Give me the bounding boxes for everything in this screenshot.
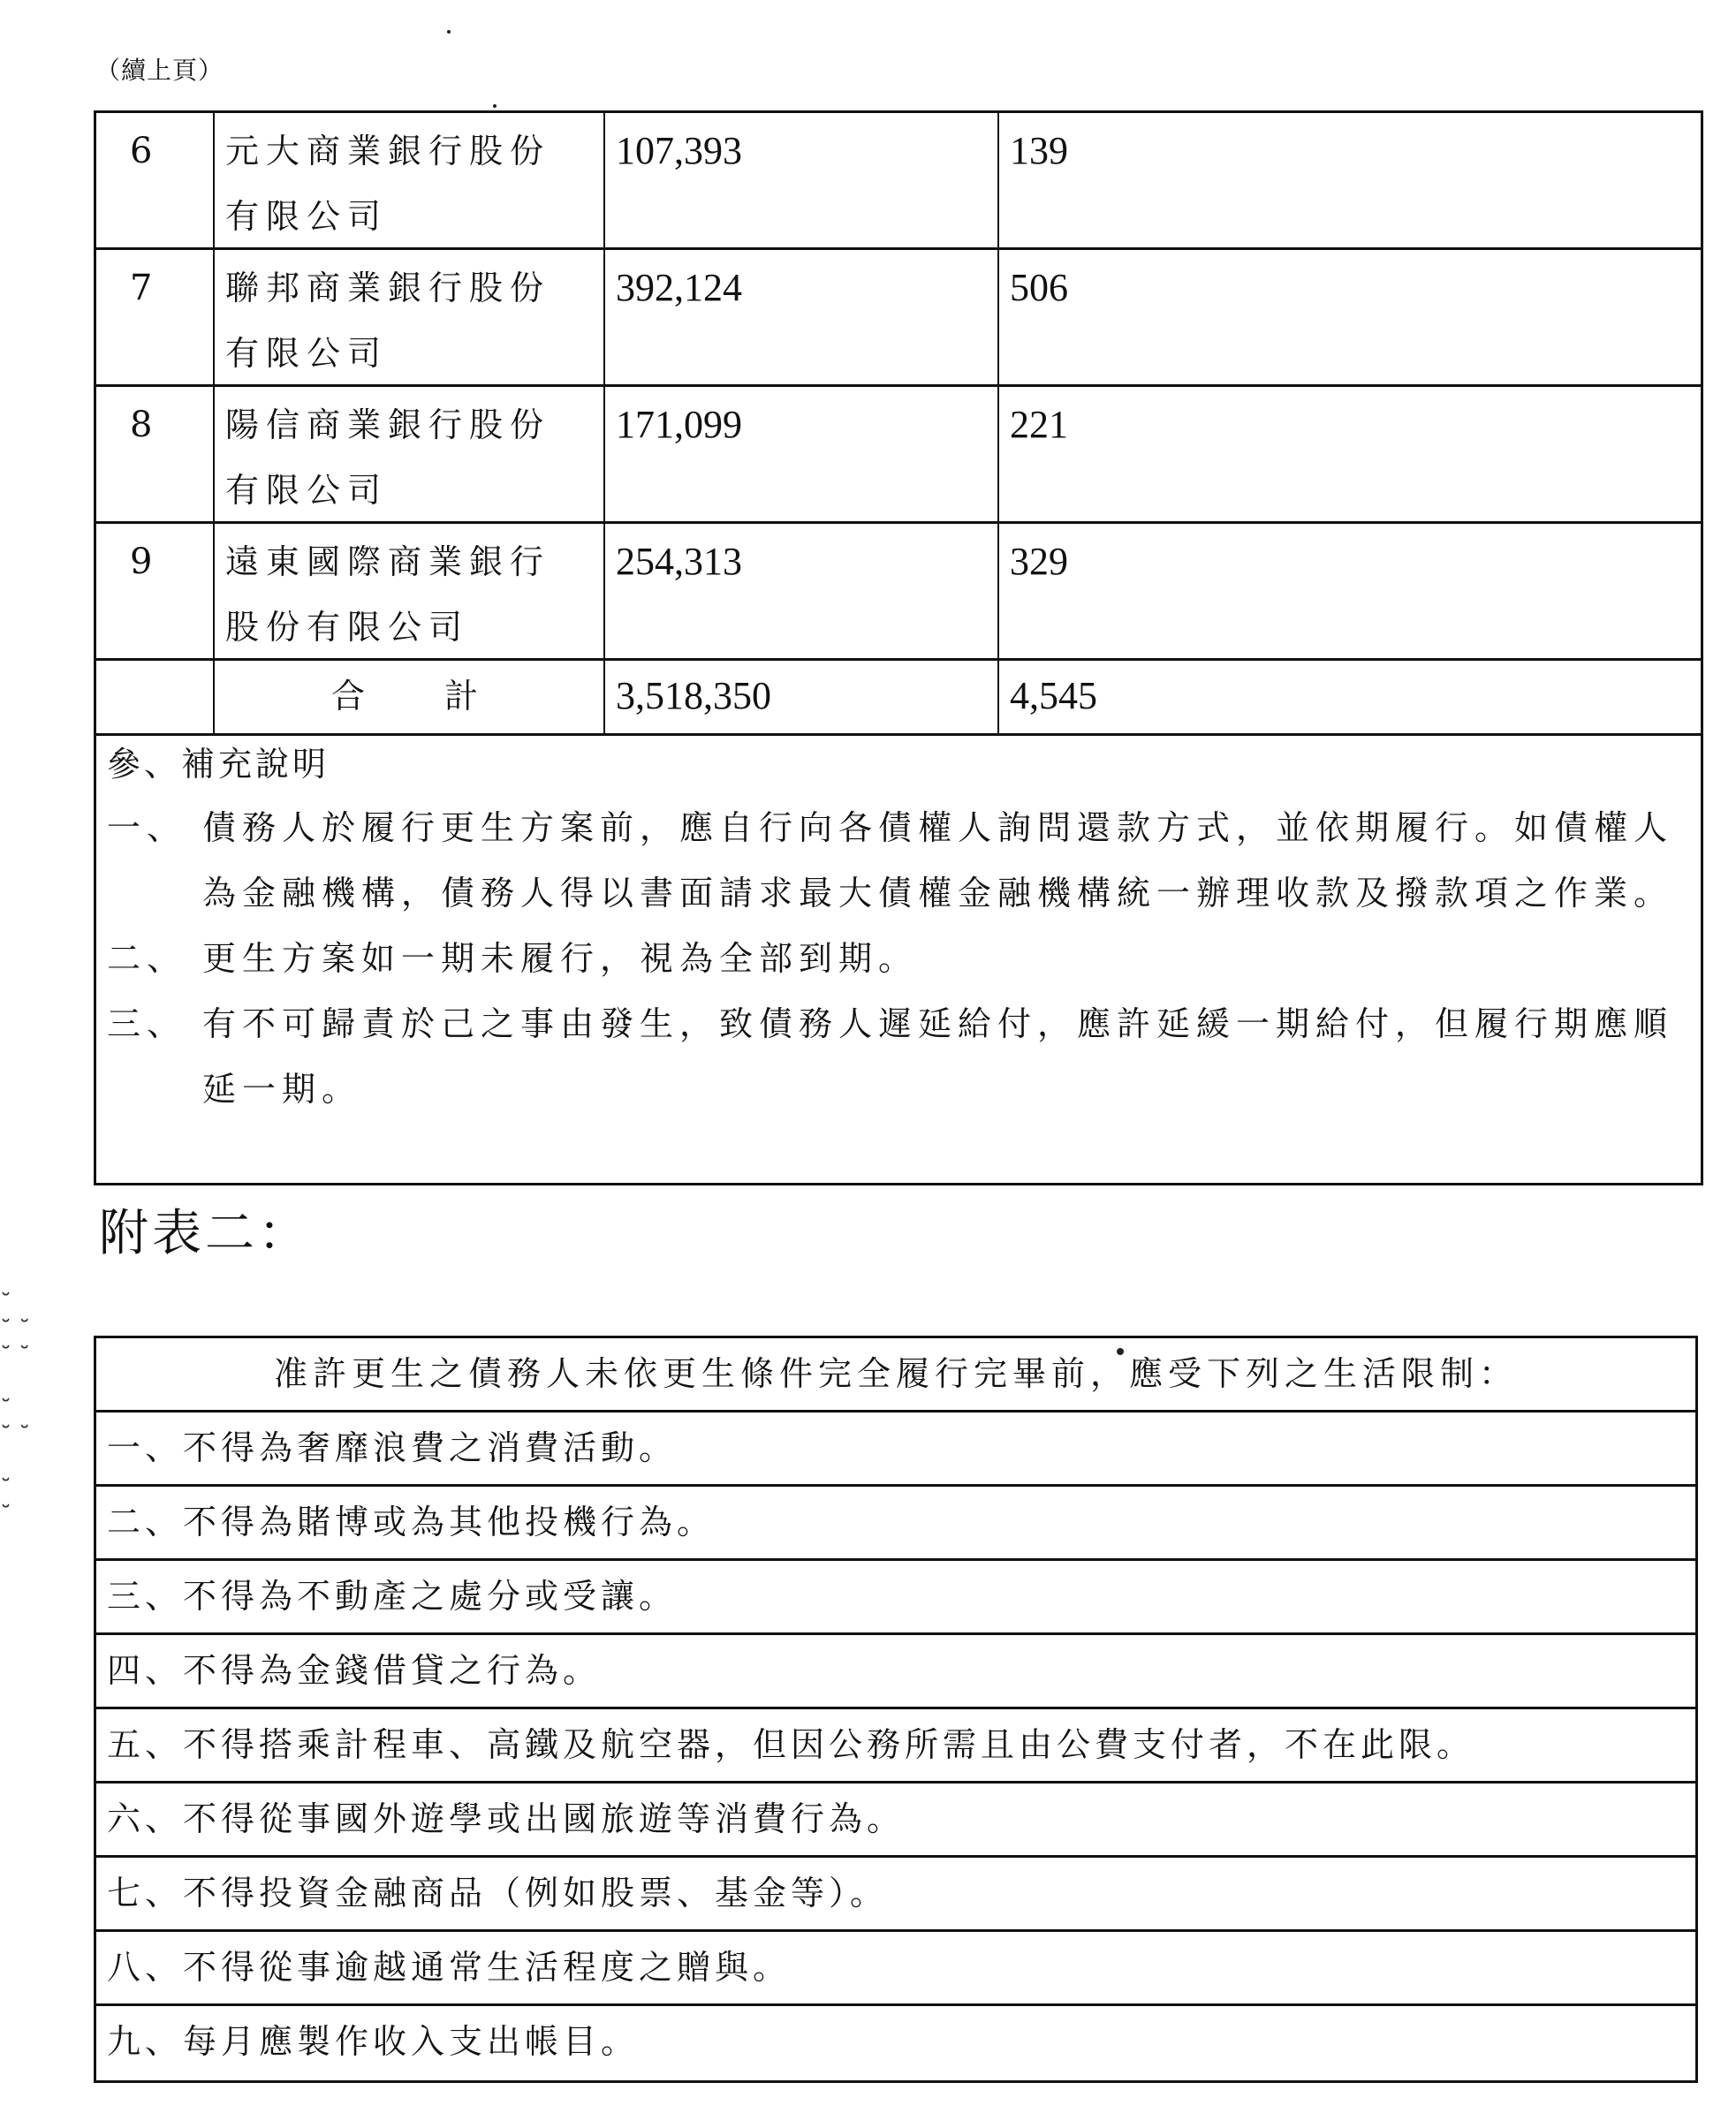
table-row: 6 元大商業銀行股份有限公司 107,393 139 <box>96 113 1701 250</box>
scan-margin-marks: ˘˘ ˘˘ ˘˘˘ ˘˘˘ <box>0 1290 53 1528</box>
note-item: 三、 有不可歸責於己之事由發生，致債務人遲延給付，應許延緩一期給付，但履行期應順… <box>107 991 1690 1122</box>
creditor-name: 陽信商業銀行股份有限公司 <box>215 387 605 521</box>
row-number: 9 <box>96 524 215 658</box>
debt-amount: 107,393 <box>605 113 999 247</box>
creditor-name-line1: 元大商業銀行股份 <box>225 132 550 170</box>
note-item: 一、 債務人於履行更生方案前，應自行向各債權人詢問還款方式，並依期履行。如債權人… <box>107 795 1690 926</box>
restriction-row: 六、不得從事國外遊學或出國旅遊等消費行為。 <box>96 1784 1695 1858</box>
creditor-name-line1: 聯邦商業銀行股份 <box>225 269 550 307</box>
creditor-name-line1: 陽信商業銀行股份 <box>225 405 550 444</box>
creditor-name: 遠東國際商業銀行股份有限公司 <box>215 524 605 658</box>
continued-from-previous-page-label: （續上頁） <box>95 51 224 87</box>
total-payment: 4,545 <box>999 661 1701 733</box>
creditor-repayment-table: 6 元大商業銀行股份有限公司 107,393 139 7 聯邦商業銀行股份有限公… <box>94 110 1703 736</box>
restriction-row: 二、不得為賭博或為其他投機行為。 <box>96 1487 1695 1561</box>
note-number: 二、 <box>107 926 202 991</box>
row-number: 8 <box>96 387 215 521</box>
table-row: 9 遠東國際商業銀行股份有限公司 254,313 329 <box>96 524 1701 661</box>
monthly-payment: 221 <box>999 387 1701 521</box>
note-item: 二、 更生方案如一期未履行，視為全部到期。 <box>107 926 1690 991</box>
note-number: 三、 <box>107 991 202 1122</box>
restriction-row: 九、每月應製作收入支出帳目。 <box>96 2006 1695 2080</box>
restriction-row: 五、不得搭乘計程車、高鐵及航空器，但因公務所需且由公費支付者，不在此限。 <box>96 1709 1695 1784</box>
table-row: 8 陽信商業銀行股份有限公司 171,099 221 <box>96 387 1701 524</box>
row-number: 6 <box>96 113 215 247</box>
notes-title: 參、補充說明 <box>107 733 1690 795</box>
restriction-row: 八、不得從事逾越通常生活程度之贈與。 <box>96 1932 1695 2006</box>
creditor-name-line1: 遠東國際商業銀行 <box>225 542 550 581</box>
scan-speck <box>1117 1348 1124 1355</box>
restriction-row: 七、不得投資金融商品（例如股票、基金等）。 <box>96 1858 1695 1932</box>
creditor-name-line2: 股份有限公司 <box>225 608 469 647</box>
restriction-row: 四、不得為金錢借貸之行為。 <box>96 1635 1695 1709</box>
creditor-name-line2: 有限公司 <box>225 334 388 373</box>
row-number: 7 <box>96 250 215 384</box>
creditor-name-line2: 有限公司 <box>225 197 388 236</box>
annex-title: 附表二： <box>99 1194 311 1265</box>
total-row: 合計 3,518,350 4,545 <box>96 661 1701 733</box>
table-row: 7 聯邦商業銀行股份有限公司 392,124 506 <box>96 250 1701 387</box>
monthly-payment: 139 <box>999 113 1701 247</box>
note-text: 更生方案如一期未履行，視為全部到期。 <box>202 926 1690 991</box>
scan-speck <box>493 104 497 108</box>
note-number: 一、 <box>107 795 202 926</box>
row-number-empty <box>96 661 215 733</box>
creditor-name: 聯邦商業銀行股份有限公司 <box>215 250 605 384</box>
note-text: 有不可歸責於己之事由發生，致債務人遲延給付，應許延緩一期給付，但履行期應順延一期… <box>202 991 1690 1122</box>
creditor-name: 元大商業銀行股份有限公司 <box>215 113 605 247</box>
living-restrictions-table: 准許更生之債務人未依更生條件完全履行完畢前，應受下列之生活限制： 一、不得為奢靡… <box>94 1336 1698 2083</box>
total-label: 合計 <box>215 661 605 733</box>
debt-amount: 171,099 <box>605 387 999 521</box>
scan-speck <box>447 30 451 34</box>
supplementary-notes-box: 參、補充說明 一、 債務人於履行更生方案前，應自行向各債權人詢問還款方式，並依期… <box>94 726 1703 1185</box>
debt-amount: 254,313 <box>605 524 999 658</box>
monthly-payment: 329 <box>999 524 1701 658</box>
note-text: 債務人於履行更生方案前，應自行向各債權人詢問還款方式，並依期履行。如債權人為金融… <box>202 795 1690 926</box>
debt-amount: 392,124 <box>605 250 999 384</box>
restrictions-header: 准許更生之債務人未依更生條件完全履行完畢前，應受下列之生活限制： <box>96 1338 1695 1412</box>
restriction-row: 三、不得為不動產之處分或受讓。 <box>96 1561 1695 1635</box>
monthly-payment: 506 <box>999 250 1701 384</box>
restriction-row: 一、不得為奢靡浪費之消費活動。 <box>96 1412 1695 1487</box>
creditor-name-line2: 有限公司 <box>225 471 388 510</box>
total-amount: 3,518,350 <box>605 661 999 733</box>
